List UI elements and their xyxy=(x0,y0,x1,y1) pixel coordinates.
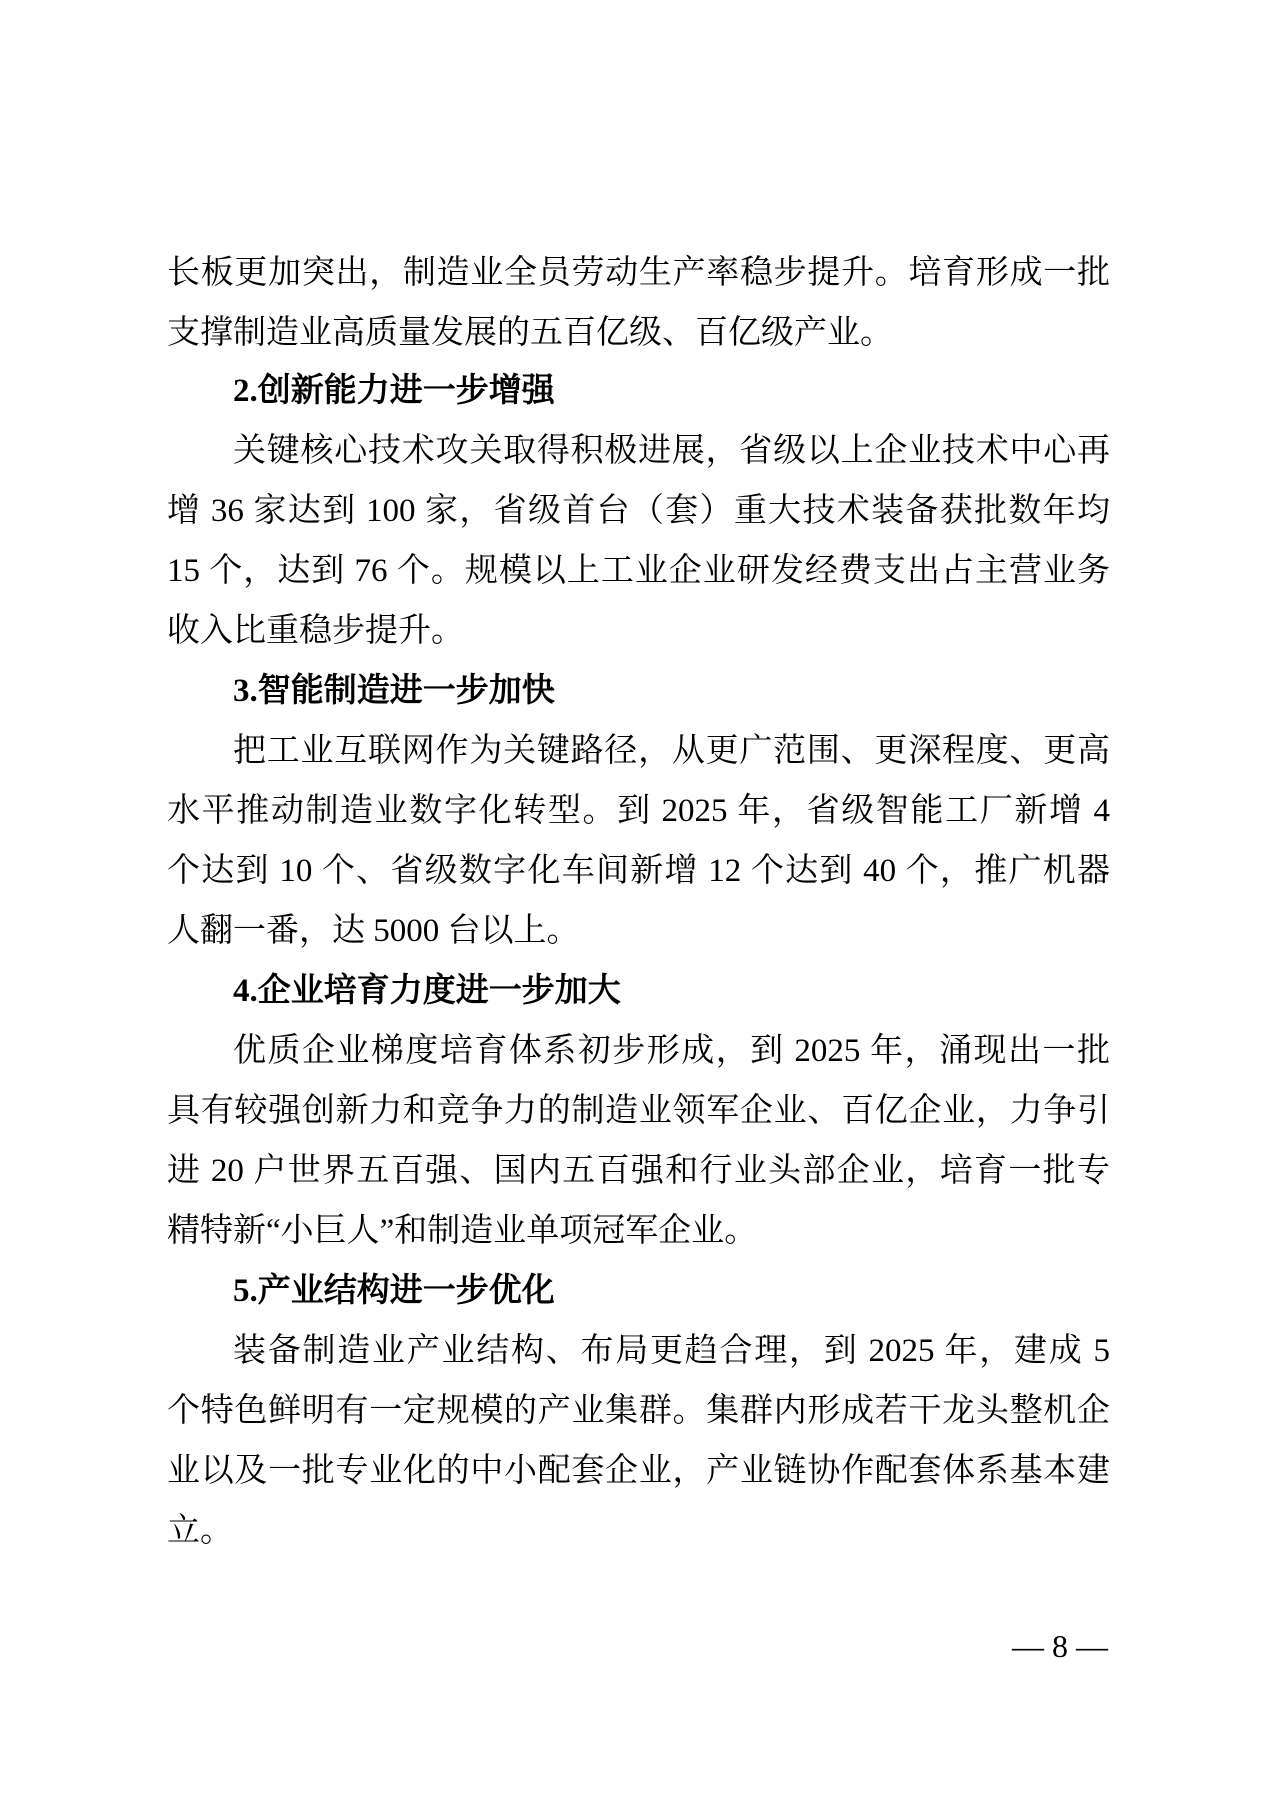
section-heading-industrial-structure: 5.产业结构进一步优化 xyxy=(233,1261,1110,1321)
paragraph-line: 个特色鲜明有一定规模的产业集群。集群内形成若干龙头整机企 xyxy=(167,1381,1110,1441)
paragraph-line: 增 36 家达到 100 家，省级首台（套）重大技术装备获批数年均 xyxy=(167,481,1110,541)
paragraph-line: 进 20 户世界五百强、国内五百强和行业头部企业，培育一批专 xyxy=(167,1141,1110,1201)
paragraph-line: 支撑制造业高质量发展的五百亿级、百亿级产业。 xyxy=(167,303,1110,363)
paragraph-line: 立。 xyxy=(167,1501,1110,1561)
paragraph-line: 人翻一番，达 5000 台以上。 xyxy=(167,901,1110,961)
paragraph-line: 装备制造业产业结构、布局更趋合理，到 2025 年，建成 5 xyxy=(233,1321,1110,1381)
paragraph-line: 长板更加突出，制造业全员劳动生产率稳步提升。培育形成一批 xyxy=(167,243,1110,303)
paragraph-line: 优质企业梯度培育体系初步形成，到 2025 年，涌现出一批 xyxy=(233,1021,1110,1081)
paragraph-line: 个达到 10 个、省级数字化车间新增 12 个达到 40 个，推广机器 xyxy=(167,841,1110,901)
paragraph-line: 精特新“小巨人”和制造业单项冠军企业。 xyxy=(167,1201,1110,1261)
paragraph-line: 水平推动制造业数字化转型。到 2025 年，省级智能工厂新增 4 xyxy=(167,781,1110,841)
paragraph-line: 具有较强创新力和竞争力的制造业领军企业、百亿企业，力争引 xyxy=(167,1081,1110,1141)
page-number: — 8 — xyxy=(1000,1626,1120,1666)
section-heading-innovation: 2.创新能力进一步增强 xyxy=(233,361,1110,421)
paragraph-line: 业以及一批专业化的中小配套企业，产业链协作配套体系基本建 xyxy=(167,1441,1110,1501)
paragraph-line: 关键核心技术攻关取得积极进展，省级以上企业技术中心再 xyxy=(233,421,1110,481)
section-heading-smart-manufacturing: 3.智能制造进一步加快 xyxy=(233,661,1110,721)
document-page: 长板更加突出，制造业全员劳动生产率稳步提升。培育形成一批 支撑制造业高质量发展的… xyxy=(0,0,1273,1800)
section-heading-enterprise-cultivation: 4.企业培育力度进一步加大 xyxy=(233,961,1110,1021)
paragraph-line: 把工业互联网作为关键路径，从更广范围、更深程度、更高 xyxy=(233,721,1110,781)
paragraph-line: 收入比重稳步提升。 xyxy=(167,601,1110,661)
paragraph-line: 15 个，达到 76 个。规模以上工业企业研发经费支出占主营业务 xyxy=(167,541,1110,601)
